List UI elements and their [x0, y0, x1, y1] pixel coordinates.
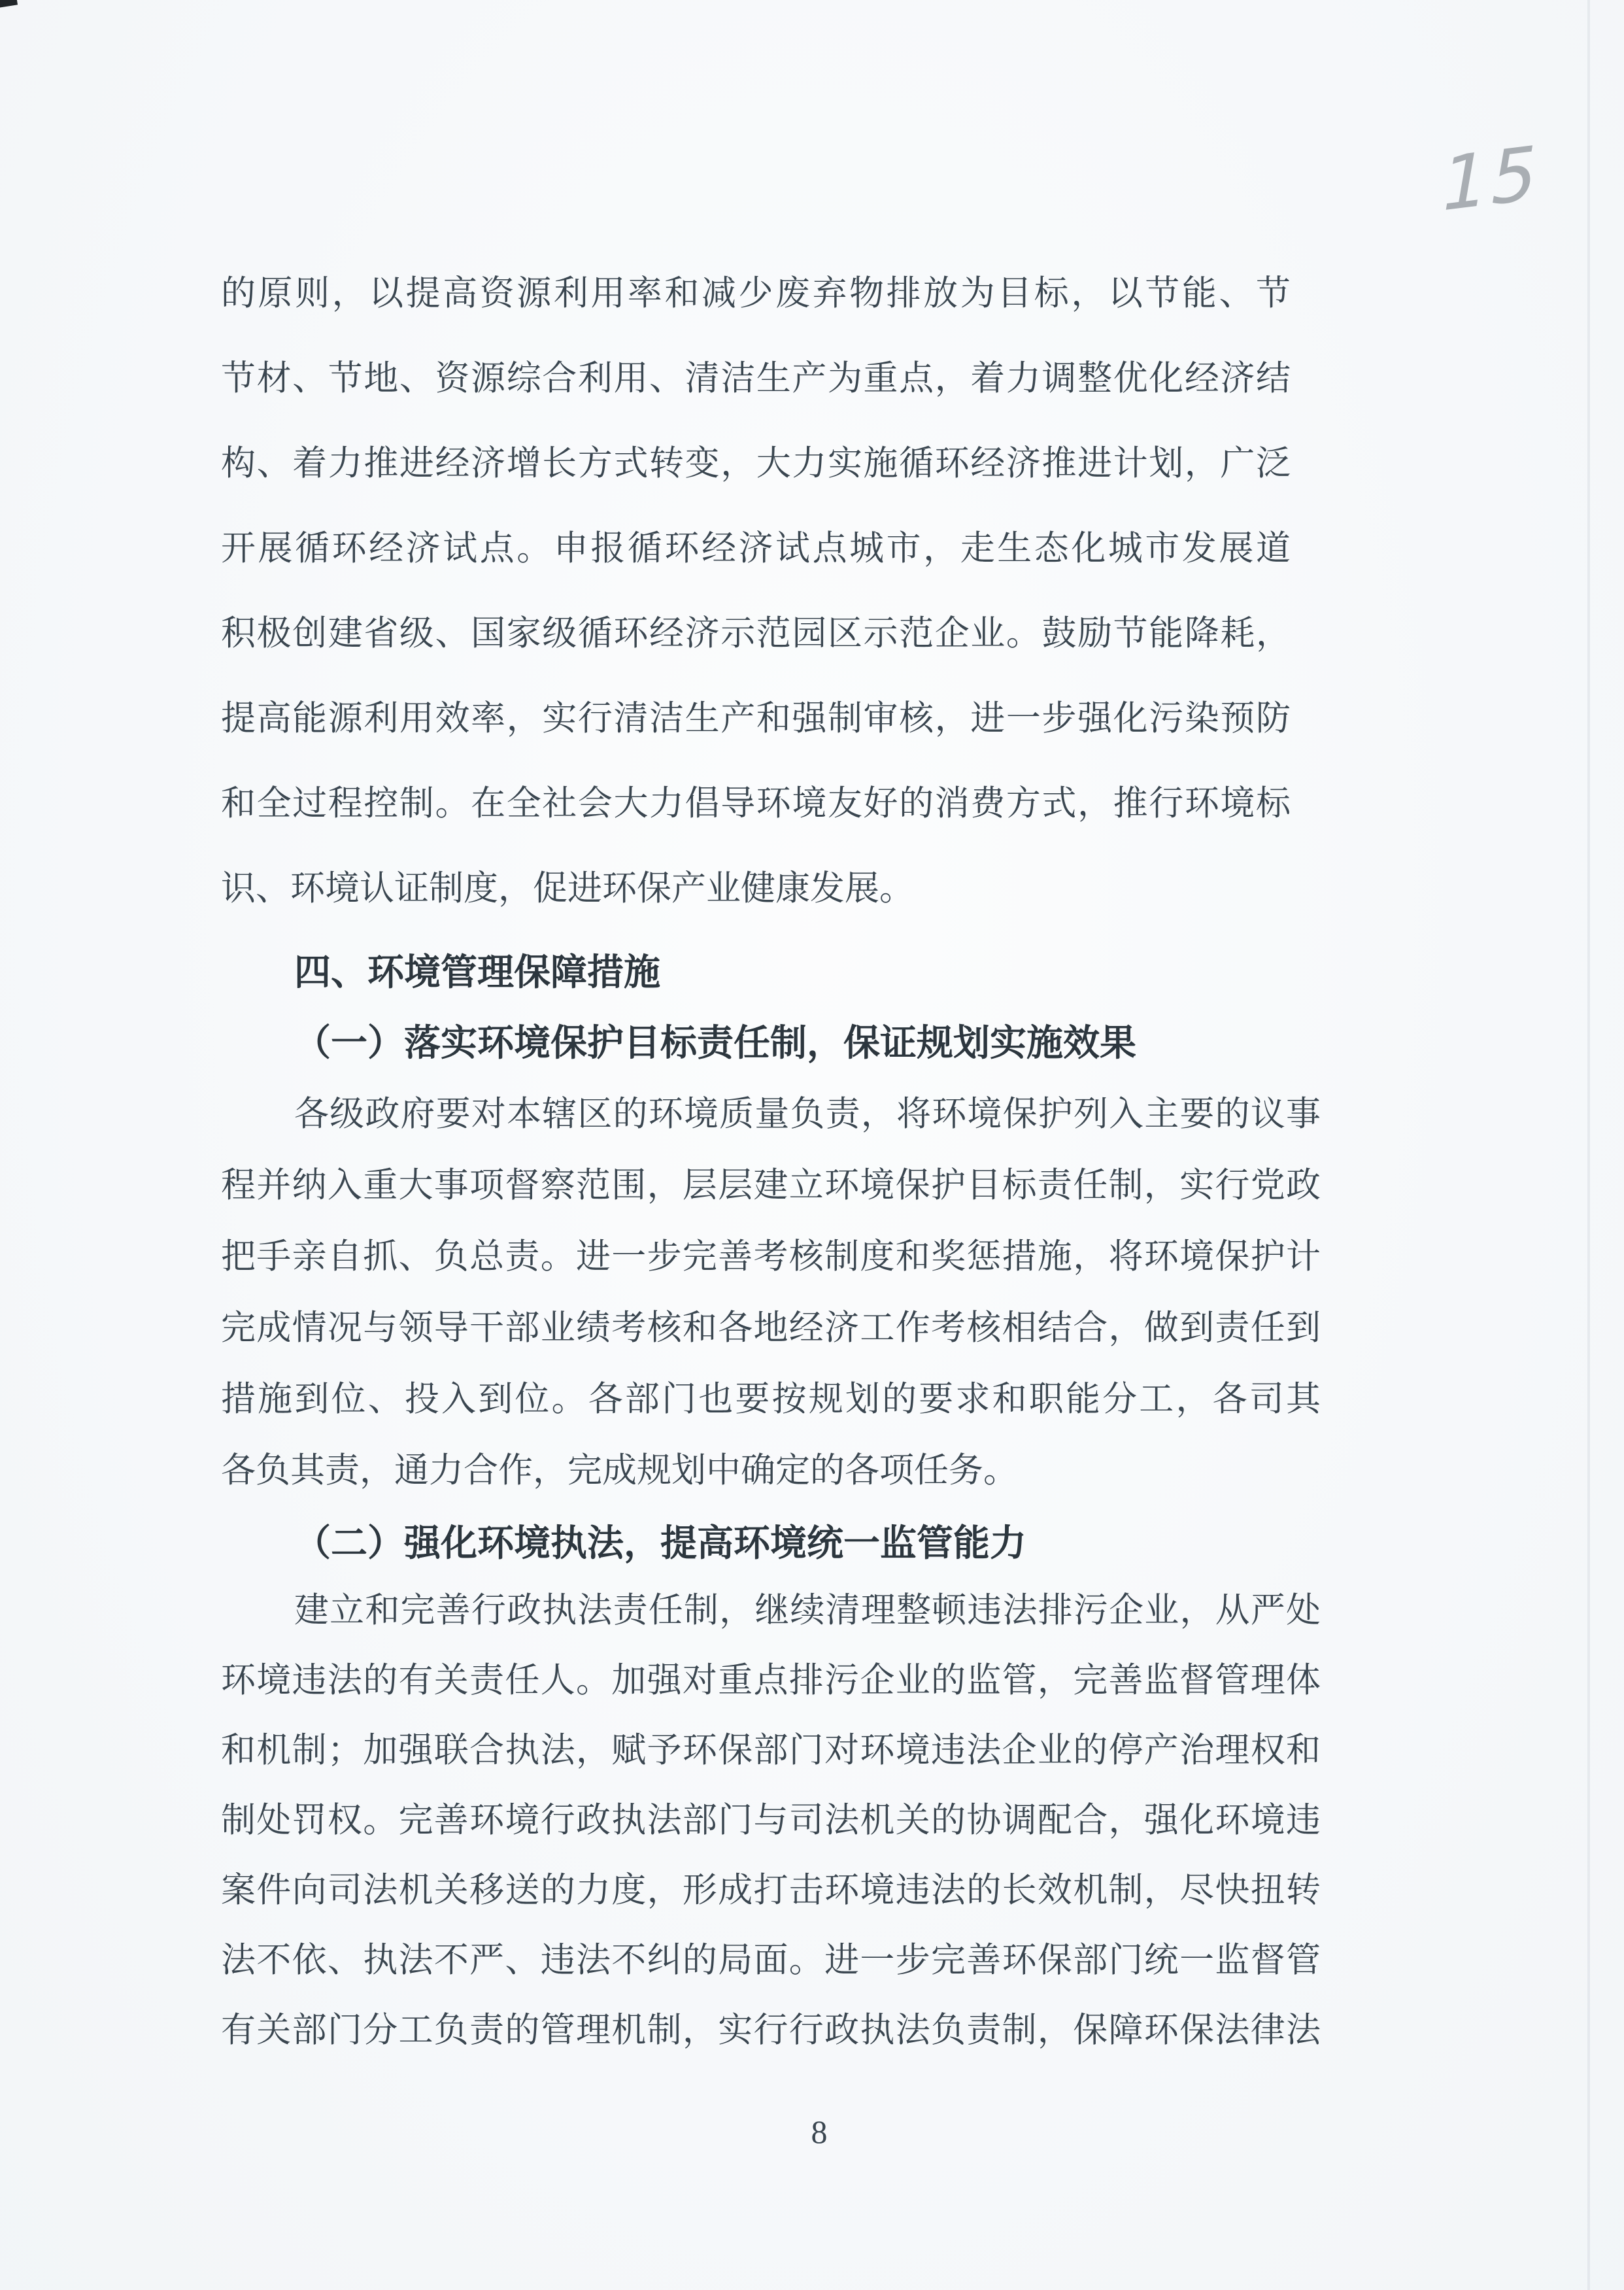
heading-text: （一）落实环境保护目标责任制，保证规划实施效果 — [221, 1008, 1319, 1080]
text-line: 和全过程控制。在全社会大力倡导环境友好的消费方式，推行环境标 — [221, 761, 1291, 846]
subsection-heading-1: （一）落实环境保护目标责任制，保证规划实施效果 — [221, 1008, 1319, 1080]
page-number: 8 — [7, 2113, 1624, 2150]
scan-edge-shadow — [1587, 0, 1590, 2290]
section-heading: 四、环境管理保障措施 — [221, 937, 1319, 1009]
text-line: 把手亲自抓、负总责。进一步完善考核制度和奖惩措施，将环境保护计划 — [221, 1222, 1321, 1293]
text-line: 识、环境认证制度，促进环保产业健康发展。 — [221, 846, 1291, 931]
text-line: 制处罚权。完善环境行政执法部门与司法机关的协调配合，强化环境违法 — [221, 1786, 1321, 1856]
text-line: 有关部门分工负责的管理机制，实行行政执法负责制，保障环保法律法规 — [221, 1996, 1321, 2066]
text-line: 各级政府要对本辖区的环境质量负责，将环境保护列入主要的议事日 — [221, 1079, 1321, 1150]
subsection-heading-2: （二）强化环境执法，提高环境统一监管能力 — [221, 1508, 1319, 1580]
heading-text: 四、环境管理保障措施 — [221, 937, 1319, 1009]
text-line: 程并纳入重大事项督察范围，层层建立环境保护目标责任制，实行党政一 — [221, 1150, 1321, 1222]
text-line: 开展循环经济试点。申报循环经济试点城市，走生态化城市发展道路， — [221, 506, 1291, 591]
text-line: 提高能源利用效率，实行清洁生产和强制审核，进一步强化污染预防 — [221, 676, 1291, 761]
text-line: 和机制；加强联合执法，赋予环保部门对环境违法企业的停产治理权和强 — [221, 1716, 1321, 1786]
paragraph-responsibility: 各级政府要对本辖区的环境质量负责，将环境保护列入主要的议事日 程并纳入重大事项督… — [221, 1079, 1321, 1507]
text-line: 建立和完善行政执法责任制，继续清理整顿违法排污企业，从严处罚 — [221, 1576, 1321, 1646]
text-line: 各负其责，通力合作，完成规划中确定的各项任务。 — [221, 1435, 1321, 1507]
scan-corner-artifact — [0, 0, 18, 9]
text-line: 构、着力推进经济增长方式转变，大力实施循环经济推进计划，广泛 — [221, 421, 1291, 506]
text-line: 法不依、执法不严、违法不纠的局面。进一步完善环保部门统一监督管理、 — [221, 1926, 1321, 1996]
text-line: 措施到位、投入到位。各部门也要按规划的要求和职能分工，各司其职， — [221, 1364, 1321, 1435]
paragraph-continuation: 的原则，以提高资源利用率和减少废弃物排放为目标，以节能、节水、 节材、节地、资源… — [221, 251, 1291, 931]
text-line: 的原则，以提高资源利用率和减少废弃物排放为目标，以节能、节水、 — [221, 251, 1291, 336]
text-line: 积极创建省级、国家级循环经济示范园区示范企业。鼓励节能降耗， — [221, 591, 1291, 676]
paragraph-enforcement: 建立和完善行政执法责任制，继续清理整顿违法排污企业，从严处罚 环境违法的有关责任… — [221, 1576, 1321, 2066]
text-line: 环境违法的有关责任人。加强对重点排污企业的监管，完善监督管理体制 — [221, 1646, 1321, 1716]
handwritten-page-number: 15 — [1442, 137, 1540, 222]
text-line: 案件向司法机关移送的力度，形成打击环境违法的长效机制，尽快扭转有 — [221, 1856, 1321, 1926]
heading-text: （二）强化环境执法，提高环境统一监管能力 — [221, 1508, 1319, 1580]
text-line: 完成情况与领导干部业绩考核和各地经济工作考核相结合，做到责任到位、 — [221, 1293, 1321, 1364]
scanned-document-page: 15 的原则，以提高资源利用率和减少废弃物排放为目标，以节能、节水、 节材、节地… — [0, 0, 1624, 2290]
text-line: 节材、节地、资源综合利用、清洁生产为重点，着力调整优化经济结 — [221, 336, 1291, 421]
